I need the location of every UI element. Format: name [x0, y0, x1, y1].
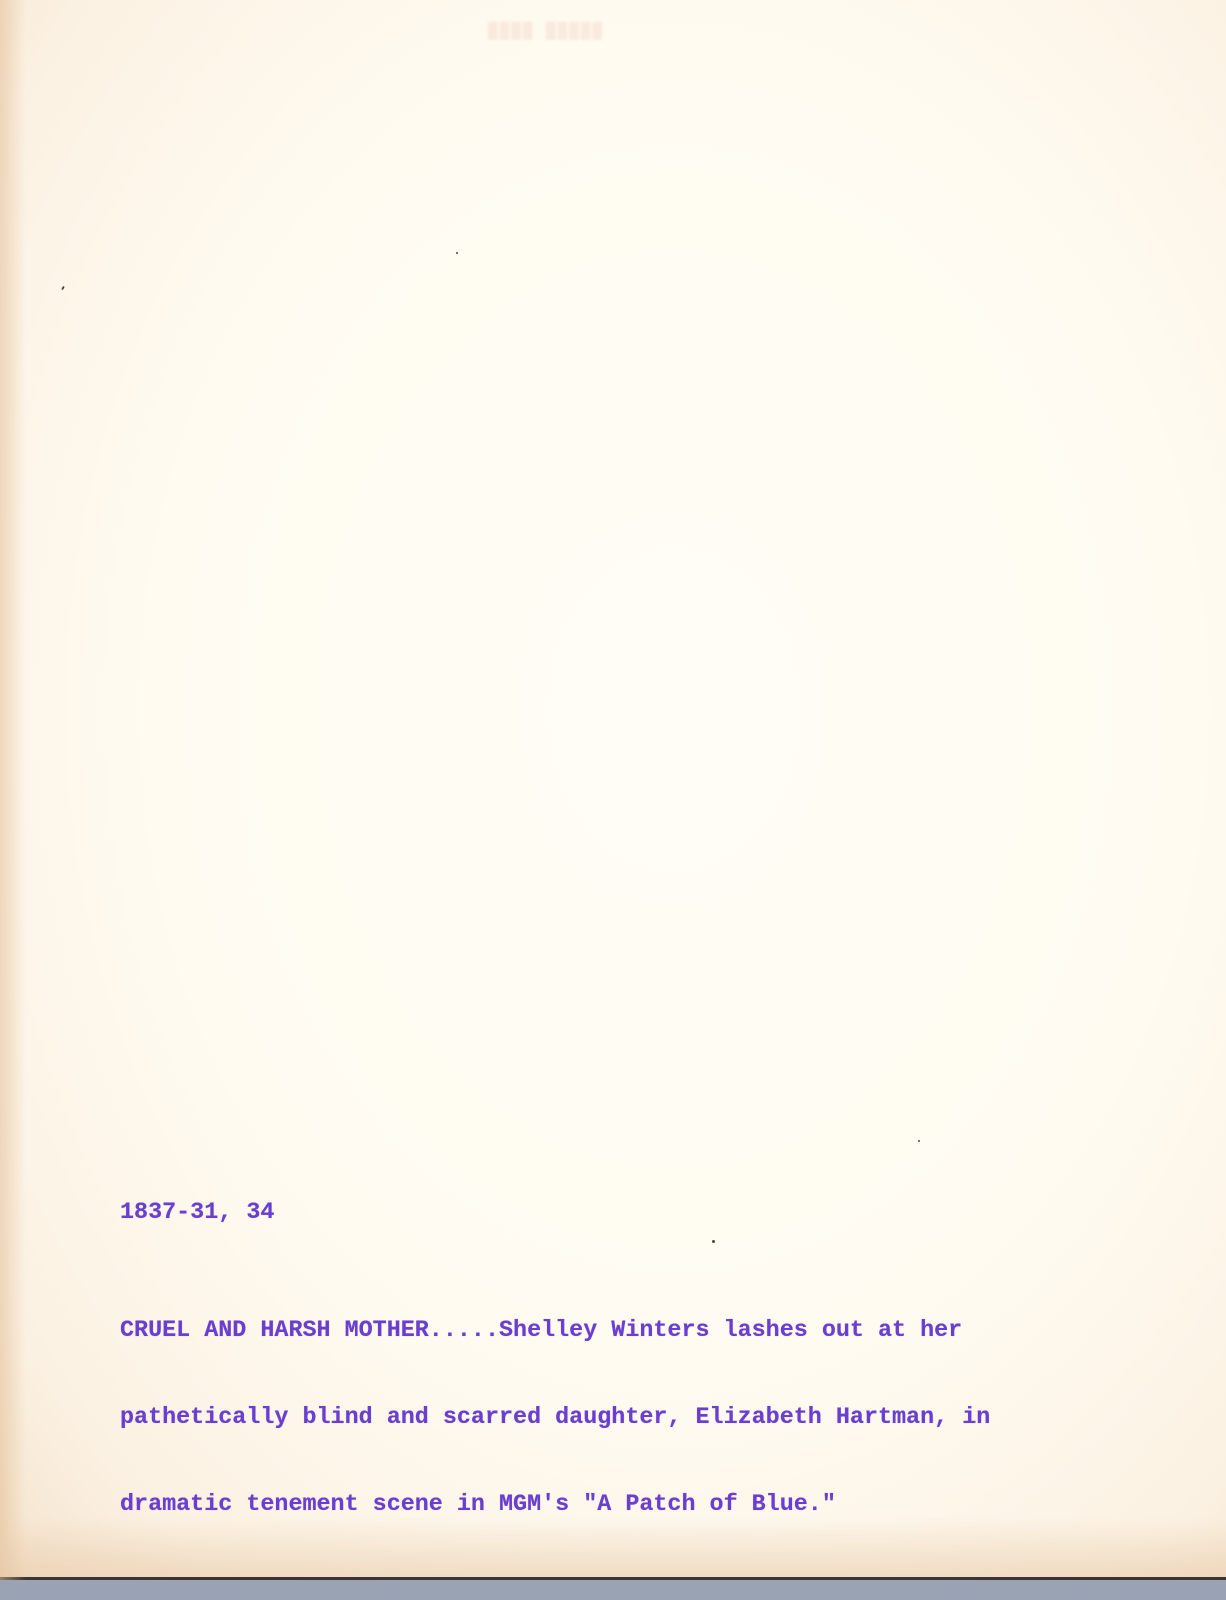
- photo-reference-number: 1837-31, 34: [120, 1199, 274, 1228]
- paper-speck: [61, 286, 65, 290]
- photo-caption: CRUEL AND HARSH MOTHER.....Shelley Winte…: [120, 1259, 990, 1578]
- faint-bleed-through: ▓▓▓▓ ▓▓▓▓▓: [488, 22, 604, 40]
- paper-speck: [918, 1140, 920, 1142]
- photo-back-sheet: ▓▓▓▓ ▓▓▓▓▓ 1837-31, 34 CRUEL AND HARSH M…: [0, 0, 1226, 1580]
- caption-line: dramatic tenement scene in MGM's "A Patc…: [120, 1491, 990, 1520]
- edge-stain: [0, 0, 26, 1580]
- paper-speck: [456, 252, 458, 254]
- caption-line: CRUEL AND HARSH MOTHER.....Shelley Winte…: [120, 1317, 990, 1346]
- paper-speck: [712, 1240, 715, 1243]
- caption-line: pathetically blind and scarred daughter,…: [120, 1404, 990, 1433]
